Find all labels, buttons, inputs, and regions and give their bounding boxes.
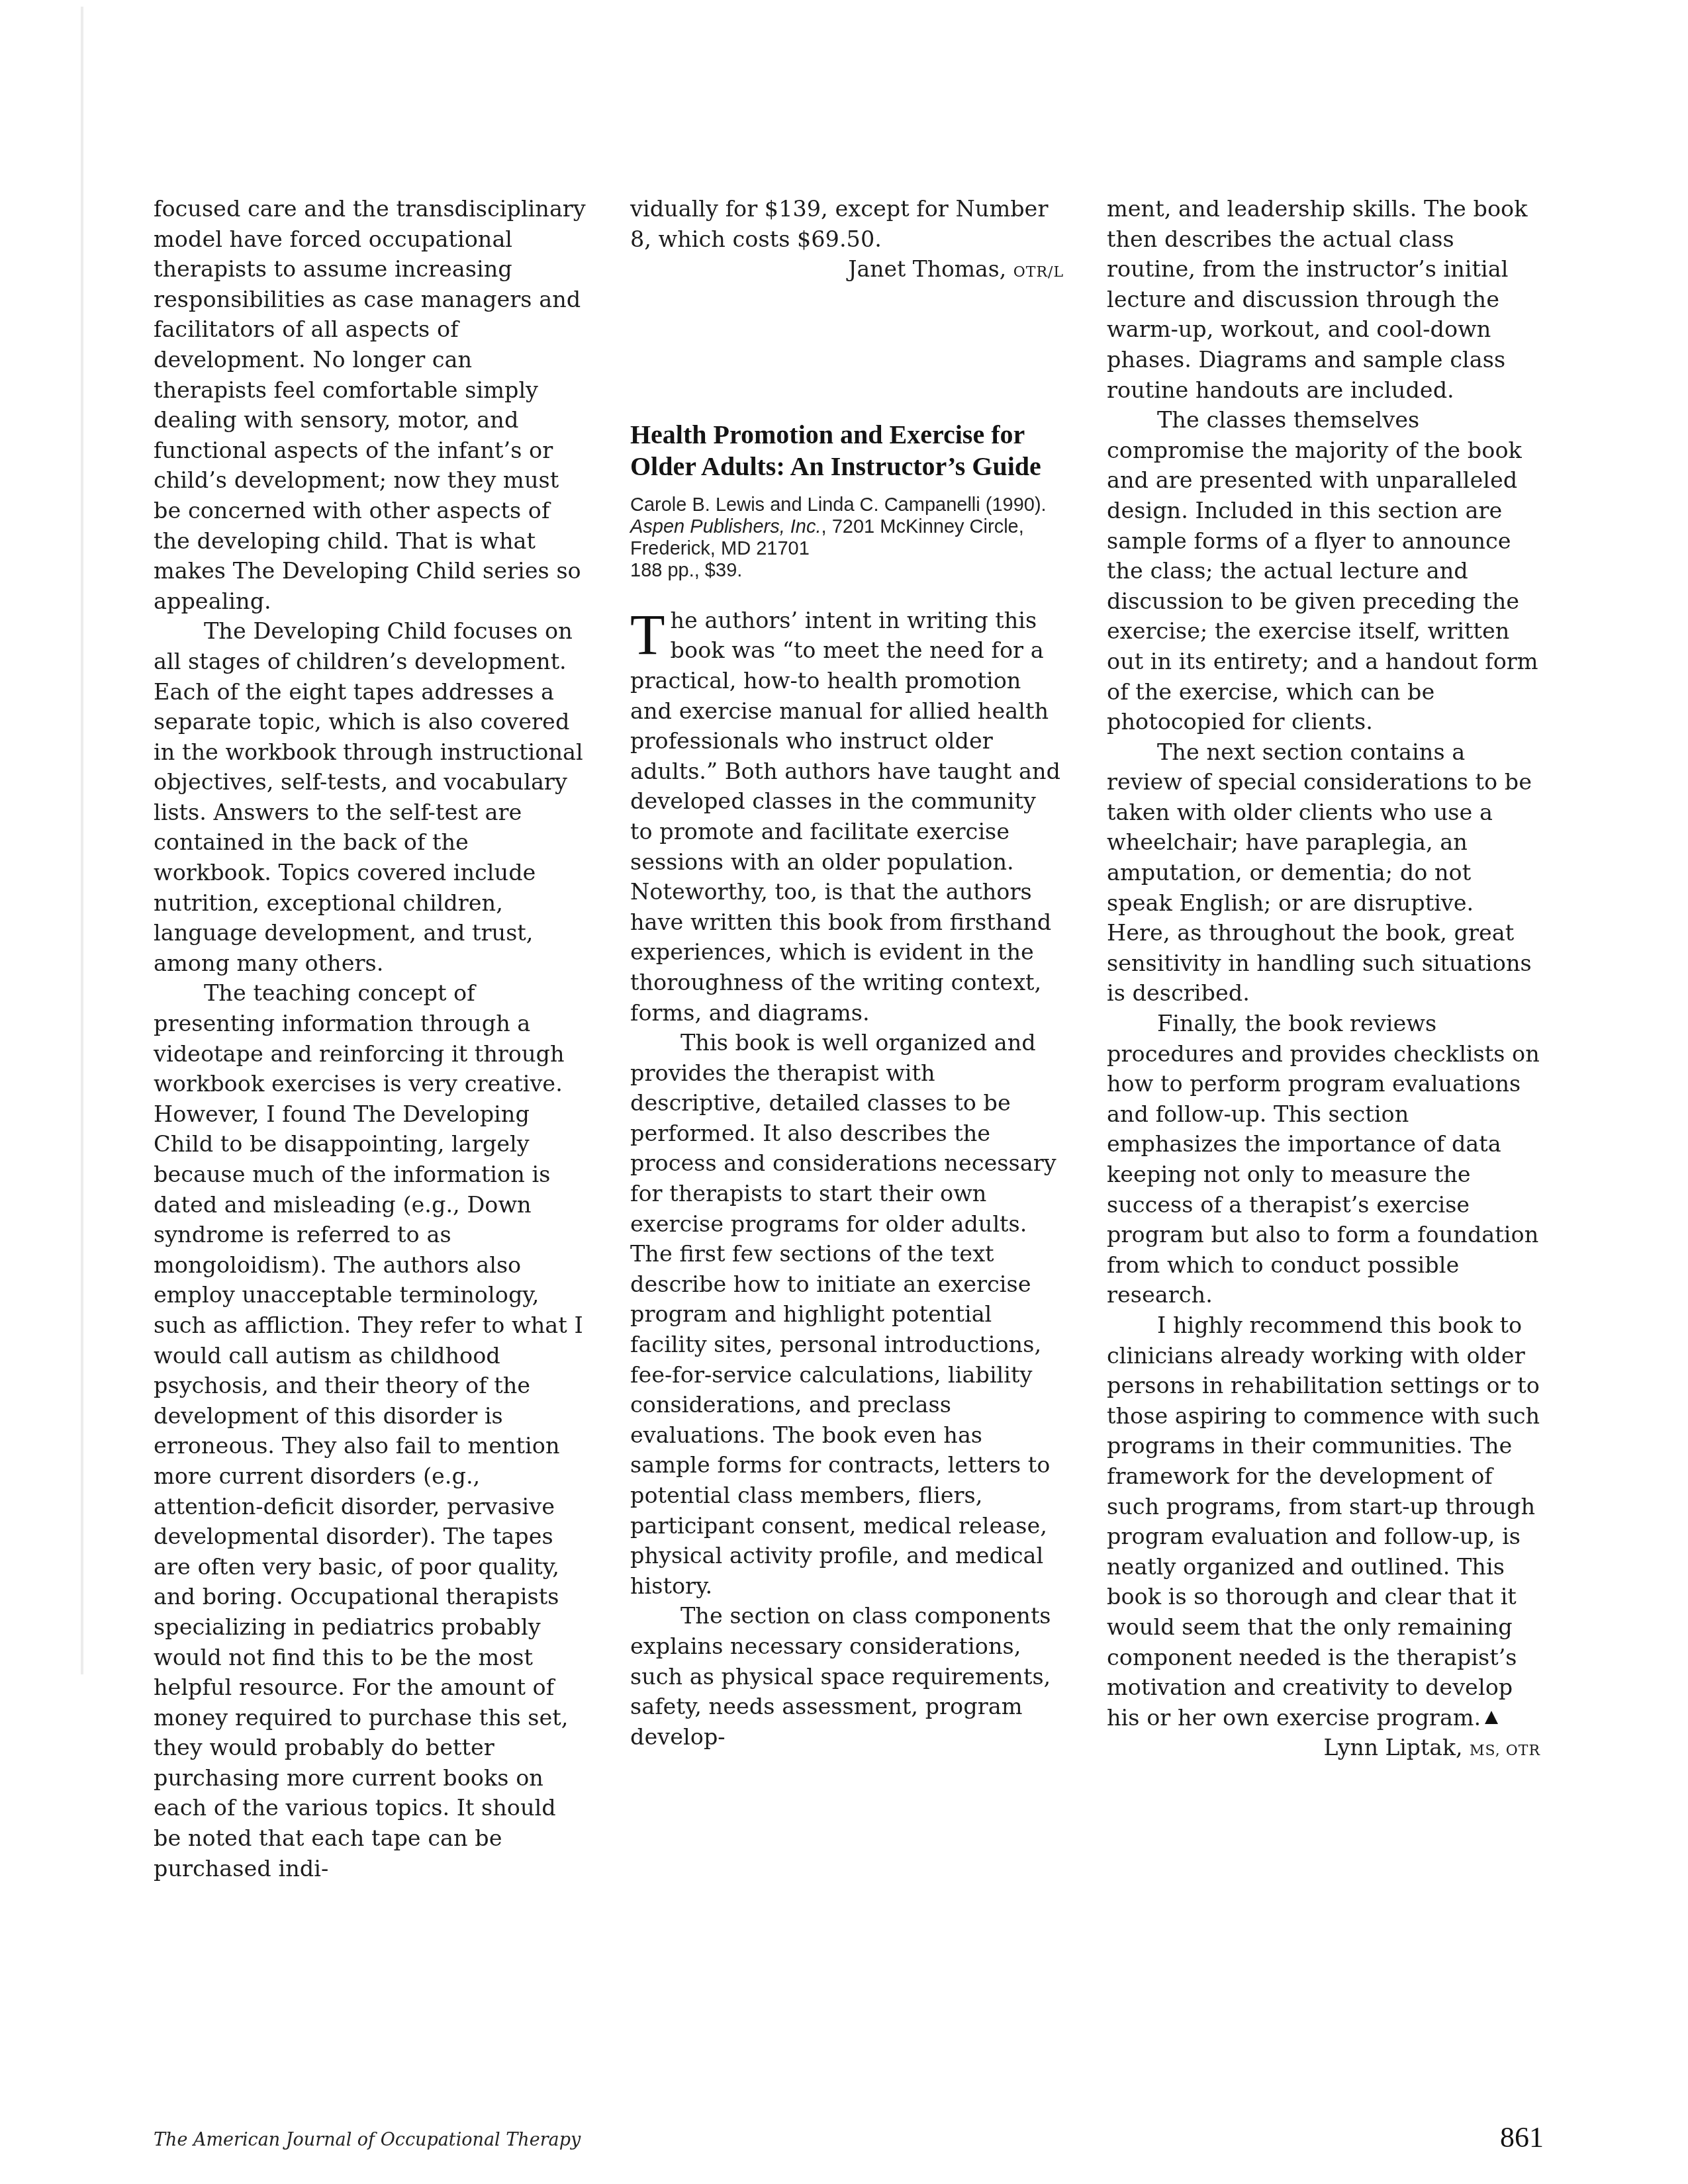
paragraph-text: I highly recommend this book to clinicia… xyxy=(1107,1312,1540,1731)
paragraph-continuation: vidually for $139, except for Number 8, … xyxy=(630,194,1064,254)
page-footer: The American Journal of Occupational The… xyxy=(154,2130,1544,2150)
review-title: Health Promotion and Exercise for Older … xyxy=(630,419,1064,482)
paragraph: The Developing Child focuses on all stag… xyxy=(154,616,587,978)
reviewer-name: Lynn Liptak, xyxy=(1323,1735,1462,1760)
paragraph: ment, and leadership skills. The book th… xyxy=(1107,194,1540,405)
paragraph: focused care and the transdisciplinary m… xyxy=(154,194,587,616)
paragraph: Finally, the book reviews procedures and… xyxy=(1107,1009,1540,1310)
right-column: ment, and leadership skills. The book th… xyxy=(1107,194,1540,1766)
paragraph-text: he authors’ intent in writing this book … xyxy=(630,608,1060,1026)
citation-authors: Carole B. Lewis and Linda C. Campanelli … xyxy=(630,494,1064,516)
paragraph: The next section contains a review of sp… xyxy=(1107,737,1540,1009)
journal-page: focused care and the transdisciplinary m… xyxy=(0,0,1688,2184)
reviewer-signature: Janet Thomas, OTR/L xyxy=(630,254,1064,288)
page-number: 861 xyxy=(1500,2120,1544,2154)
review-header: Health Promotion and Exercise for Older … xyxy=(630,419,1064,582)
reviewer-credentials: OTR/L xyxy=(1013,264,1064,281)
drop-cap: T xyxy=(630,610,665,660)
paragraph: The authors’ intent in writing this book… xyxy=(630,606,1064,1028)
paragraph: I highly recommend this book to clinicia… xyxy=(1107,1310,1540,1733)
triangle-end-mark-icon xyxy=(1485,1711,1498,1724)
citation-publisher: Aspen Publishers, Inc. xyxy=(630,516,821,537)
citation-pages-price: 188 pp., $39. xyxy=(630,560,1064,582)
citation-publisher-line: Aspen Publishers, Inc., 7201 McKinney Ci… xyxy=(630,516,1064,560)
citation: Carole B. Lewis and Linda C. Campanelli … xyxy=(630,494,1064,582)
left-column: focused care and the transdisciplinary m… xyxy=(154,194,587,1884)
journal-title: The American Journal of Occupational The… xyxy=(154,2130,581,2150)
reviewer-credentials: MS, OTR xyxy=(1470,1743,1540,1759)
paragraph: The section on class components explains… xyxy=(630,1601,1064,1752)
reviewer-signature: Lynn Liptak, MS, OTR xyxy=(1107,1733,1540,1766)
paragraph: This book is well organized and provides… xyxy=(630,1028,1064,1601)
paragraph: The classes themselves compromise the ma… xyxy=(1107,405,1540,737)
paragraph: The teaching concept of presenting infor… xyxy=(154,978,587,1884)
middle-column: vidually for $139, except for Number 8, … xyxy=(630,194,1064,1752)
reviewer-name: Janet Thomas, xyxy=(848,256,1006,282)
scan-edge-shadow xyxy=(81,7,83,1674)
